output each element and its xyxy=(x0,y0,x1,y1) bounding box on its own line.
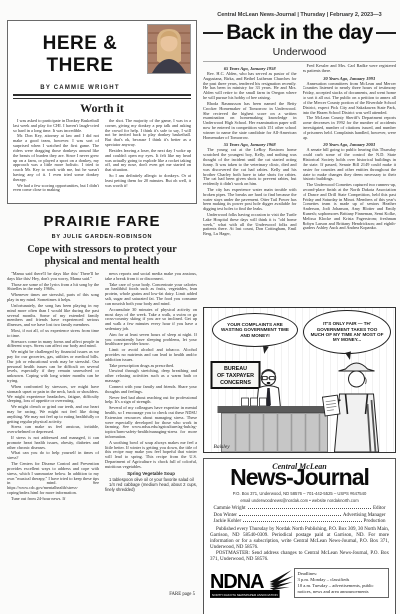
continued-on-page-note: FARE page 5 xyxy=(7,592,197,597)
double-rule xyxy=(13,94,191,99)
newspaper-page: HERE & THERE BY CAMMIE WRIGHT Worth it I… xyxy=(0,0,400,614)
worth-it-column-1: I was asked to participate in Donkey Bas… xyxy=(13,119,99,217)
here-and-there-title: HERE & THERE xyxy=(13,33,147,77)
masthead-logo-top: Central McLean xyxy=(210,462,389,471)
svg-text:CONCERNS: CONCERNS xyxy=(220,380,251,386)
svg-text:NDNA: NDNA xyxy=(210,571,264,593)
staff-list: Cammie WrightEditor Don WinterAdvertisin… xyxy=(214,505,386,525)
recipe-ingredients: 1 tablespoon olive oil or your favorite … xyxy=(105,478,197,493)
columnist-photo xyxy=(147,24,191,74)
back-in-the-day-title: Back in the day xyxy=(226,21,373,45)
left-column-region: HERE & THERE BY CAMMIE WRIGHT Worth it I… xyxy=(7,20,197,597)
speech-bubble-farmer: IT'S ONLY FAIR — TH' GOVERNMENT TAKES TO… xyxy=(303,310,391,354)
staff-row: Jackie KohlerProduction xyxy=(214,518,386,525)
header-rule-left xyxy=(203,32,223,34)
ndna-logo: NDNA NORTH DAKOTA NEWSPAPER ASSOCIATION xyxy=(210,568,294,600)
publication-info: Published every Thursday by Nordak North… xyxy=(210,527,389,551)
service-counter xyxy=(218,398,328,452)
continued-paragraph: Fred Kessler and Mrs. Carl Radke were re… xyxy=(303,64,397,74)
subtitle-divider xyxy=(203,61,396,62)
deadlines-box: Deadlines: 3 p.m. Monday – classifieds10… xyxy=(294,568,389,598)
masthead-box: Central McLean News-Journal P.O. Box 371… xyxy=(203,458,396,614)
farmer-figure xyxy=(322,363,378,452)
back-in-the-day-header: Back in the day xyxy=(203,21,396,45)
speech-bubble-clerk: YOUR COMPLAINTS ARE WASTING GOVERNMENT T… xyxy=(212,313,298,347)
cartoonist-signature: Baisley xyxy=(214,444,231,450)
petition-paper xyxy=(322,395,339,416)
recipe-title: Spring Vegetable Soup xyxy=(105,472,197,477)
back-in-the-day-subtitle: Underwood xyxy=(203,46,396,58)
right-column-region: Central McLean News-Journal | Thursday |… xyxy=(203,12,396,614)
editorial-cartoon: BUREAU OF TAXPAYER CONCERNS xyxy=(203,307,396,453)
svg-text:OF TAXPAYER: OF TAXPAYER xyxy=(217,373,254,379)
worth-it-title: Worth it xyxy=(13,101,191,116)
prairie-fare-column-1: "Mama said there'll be days like this/ T… xyxy=(7,272,99,590)
prairie-fare-byline: BY JULIE GARDEN-ROBINSON xyxy=(7,234,197,240)
prairie-fare-headline: Cope with stressors to protect your phys… xyxy=(22,244,182,267)
ndna-leaves-icon xyxy=(270,570,294,590)
back-in-day-column-1: 65 Years Ago, January 1958 Rev. H.C. Ald… xyxy=(203,64,297,302)
header-rule-right xyxy=(376,32,396,34)
masthead-contact: email underwoodnews@nordak.com • website… xyxy=(210,498,389,503)
bureau-sign: BUREAU OF TAXPAYER CONCERNS xyxy=(212,362,260,388)
worth-it-column-2: the shot. The majority of the game, I wa… xyxy=(105,119,191,217)
cartoon-scene: BUREAU OF TAXPAYER CONCERNS xyxy=(204,352,395,452)
deadlines-items: 3 p.m. Monday – classifieds10 a.m. Tuesd… xyxy=(298,577,385,595)
masthead-address: P.O. Box 371, Underwood, ND 58576 – 701-… xyxy=(210,491,389,496)
prairie-fare-column-2: news reports and social media make you a… xyxy=(105,272,197,590)
svg-text:BUREAU: BUREAU xyxy=(224,366,247,372)
back-in-day-column-2: Fred Kessler and Mrs. Carl Radke were re… xyxy=(303,64,397,302)
postmaster-info: POSTMASTER: Send address changes to Cent… xyxy=(210,551,389,563)
prairie-fare-section: PRAIRIE FARE BY JULIE GARDEN-ROBINSON Co… xyxy=(7,213,197,597)
page-header: Central McLean News-Journal | Thursday |… xyxy=(203,12,396,18)
svg-text:NORTH DAKOTA NEWSPAPER ASSOCIA: NORTH DAKOTA NEWSPAPER ASSOCIATION xyxy=(212,593,278,597)
section-heading-30-years: 30 Years Ago, January 1993 xyxy=(303,76,397,81)
here-and-there-byline: BY CAMMIE WRIGHT xyxy=(13,85,147,91)
here-and-there-box: HERE & THERE BY CAMMIE WRIGHT Worth it I… xyxy=(7,20,197,204)
